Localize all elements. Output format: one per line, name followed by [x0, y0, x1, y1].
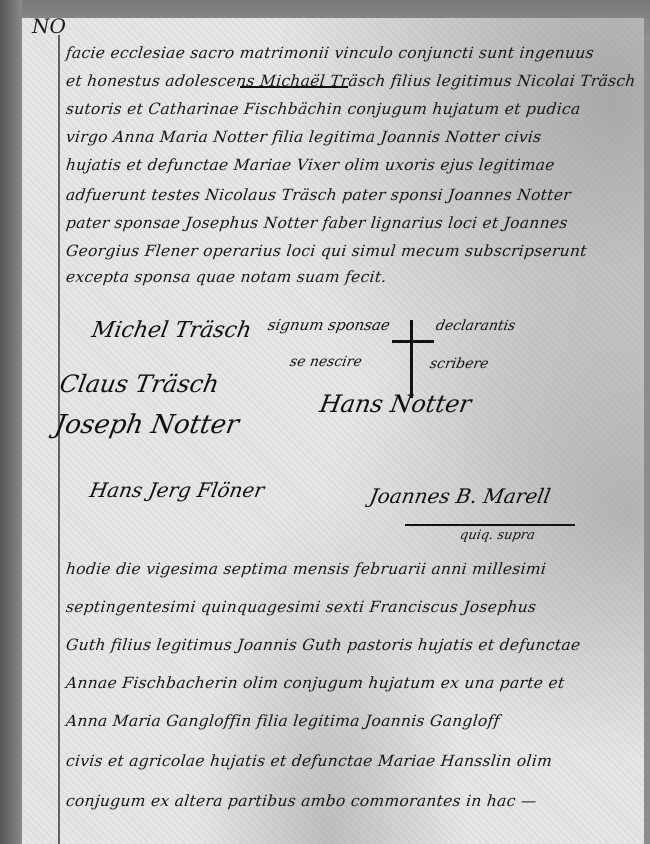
entry2-line-5: Anna Maria Gangloffin filia legitima Joa… — [65, 712, 639, 730]
note-se-nescire: se nescire — [289, 354, 364, 370]
entry1-line-9: excepta sponsa quae notam suam fecit. — [65, 268, 639, 286]
entry1-line-6: adfuerunt testes Nicolaus Träsch pater s… — [65, 186, 639, 204]
note-scribere: scribere — [429, 356, 490, 372]
entry1-line-7: pater sponsae Josephus Notter faber lign… — [65, 214, 639, 232]
signature-priest: Joannes B. Marell — [368, 484, 552, 508]
entry1-line-3: sutoris et Catharinae Fischbächin conjug… — [65, 100, 639, 118]
entry1-line-5: hujatis et defunctae Mariae Vixer olim u… — [65, 156, 639, 174]
entry2-line-6: civis et agricolae hujatis et defunctae … — [65, 752, 639, 770]
signature-witness-flener: Hans Jerg Flöner — [88, 478, 266, 502]
signature-witness-joseph-notter: Joseph Notter — [52, 410, 241, 440]
signature-groom: Michel Träsch — [90, 318, 254, 343]
note-declarantis: declarantis — [435, 318, 517, 334]
entry-number: NO — [32, 14, 66, 38]
entry2-line-3: Guth filius legitimus Joannis Guth pasto… — [65, 636, 639, 654]
note-quiq-supra: quiq. supra — [459, 528, 536, 543]
entry1-line-1: facie ecclesiae sacro matrimonii vinculo… — [65, 44, 639, 62]
entry1-line-2: et honestus adolescens Michaël Träsch fi… — [65, 72, 639, 90]
entry1-line-8: Georgius Flener operarius loci qui simul… — [65, 242, 639, 260]
scan-left-edge — [0, 0, 22, 844]
bride-mark-cross-bar — [392, 340, 434, 343]
note-signum-sponsae: signum sponsae — [266, 316, 391, 334]
bride-mark-cross-icon — [410, 320, 413, 398]
entry1-line-4: virgo Anna Maria Notter filia legitima J… — [65, 128, 639, 146]
entry2-line-7: conjugum ex altera partibus ambo commora… — [65, 792, 639, 810]
signature-witness-hans-notter: Hans Notter — [318, 390, 474, 418]
entry2-line-2: septingentesimi quinquagesimi sexti Fran… — [65, 598, 639, 616]
entry2-line-4: Annae Fischbacherin olim conjugum hujatu… — [65, 674, 639, 692]
name-underline — [240, 86, 348, 88]
priest-underline — [405, 524, 575, 526]
entry2-line-1: hodie die vigesima septima mensis februa… — [65, 560, 639, 578]
signature-witness-claus: Claus Träsch — [58, 370, 222, 398]
